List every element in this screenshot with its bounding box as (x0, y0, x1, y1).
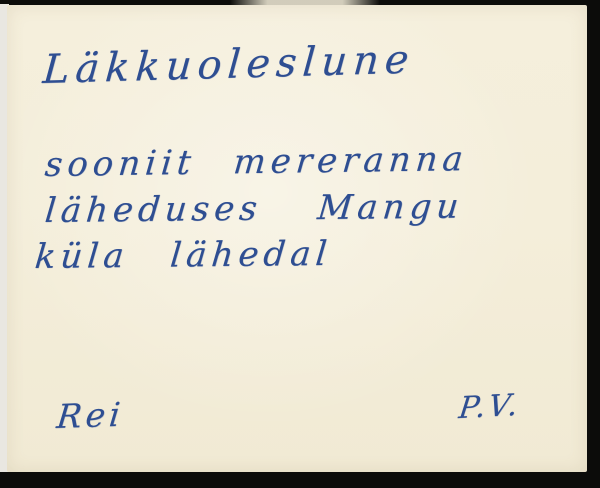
handwriting-body-line-1: sooniit mereranna (43, 139, 469, 185)
scan-background: Läkkuoleslune sooniit mereranna läheduse… (0, 0, 600, 488)
handwriting-footer-right-initials: P.V. (457, 388, 523, 426)
handwriting-body-line-2: läheduses Mangu (43, 187, 465, 231)
handwritten-index-card: Läkkuoleslune sooniit mereranna läheduse… (7, 5, 587, 472)
handwriting-title: Läkkuoleslune (41, 37, 416, 93)
handwriting-footer-left: Rei (55, 395, 126, 437)
handwriting-body-line-3: küla lähedal (33, 234, 333, 277)
